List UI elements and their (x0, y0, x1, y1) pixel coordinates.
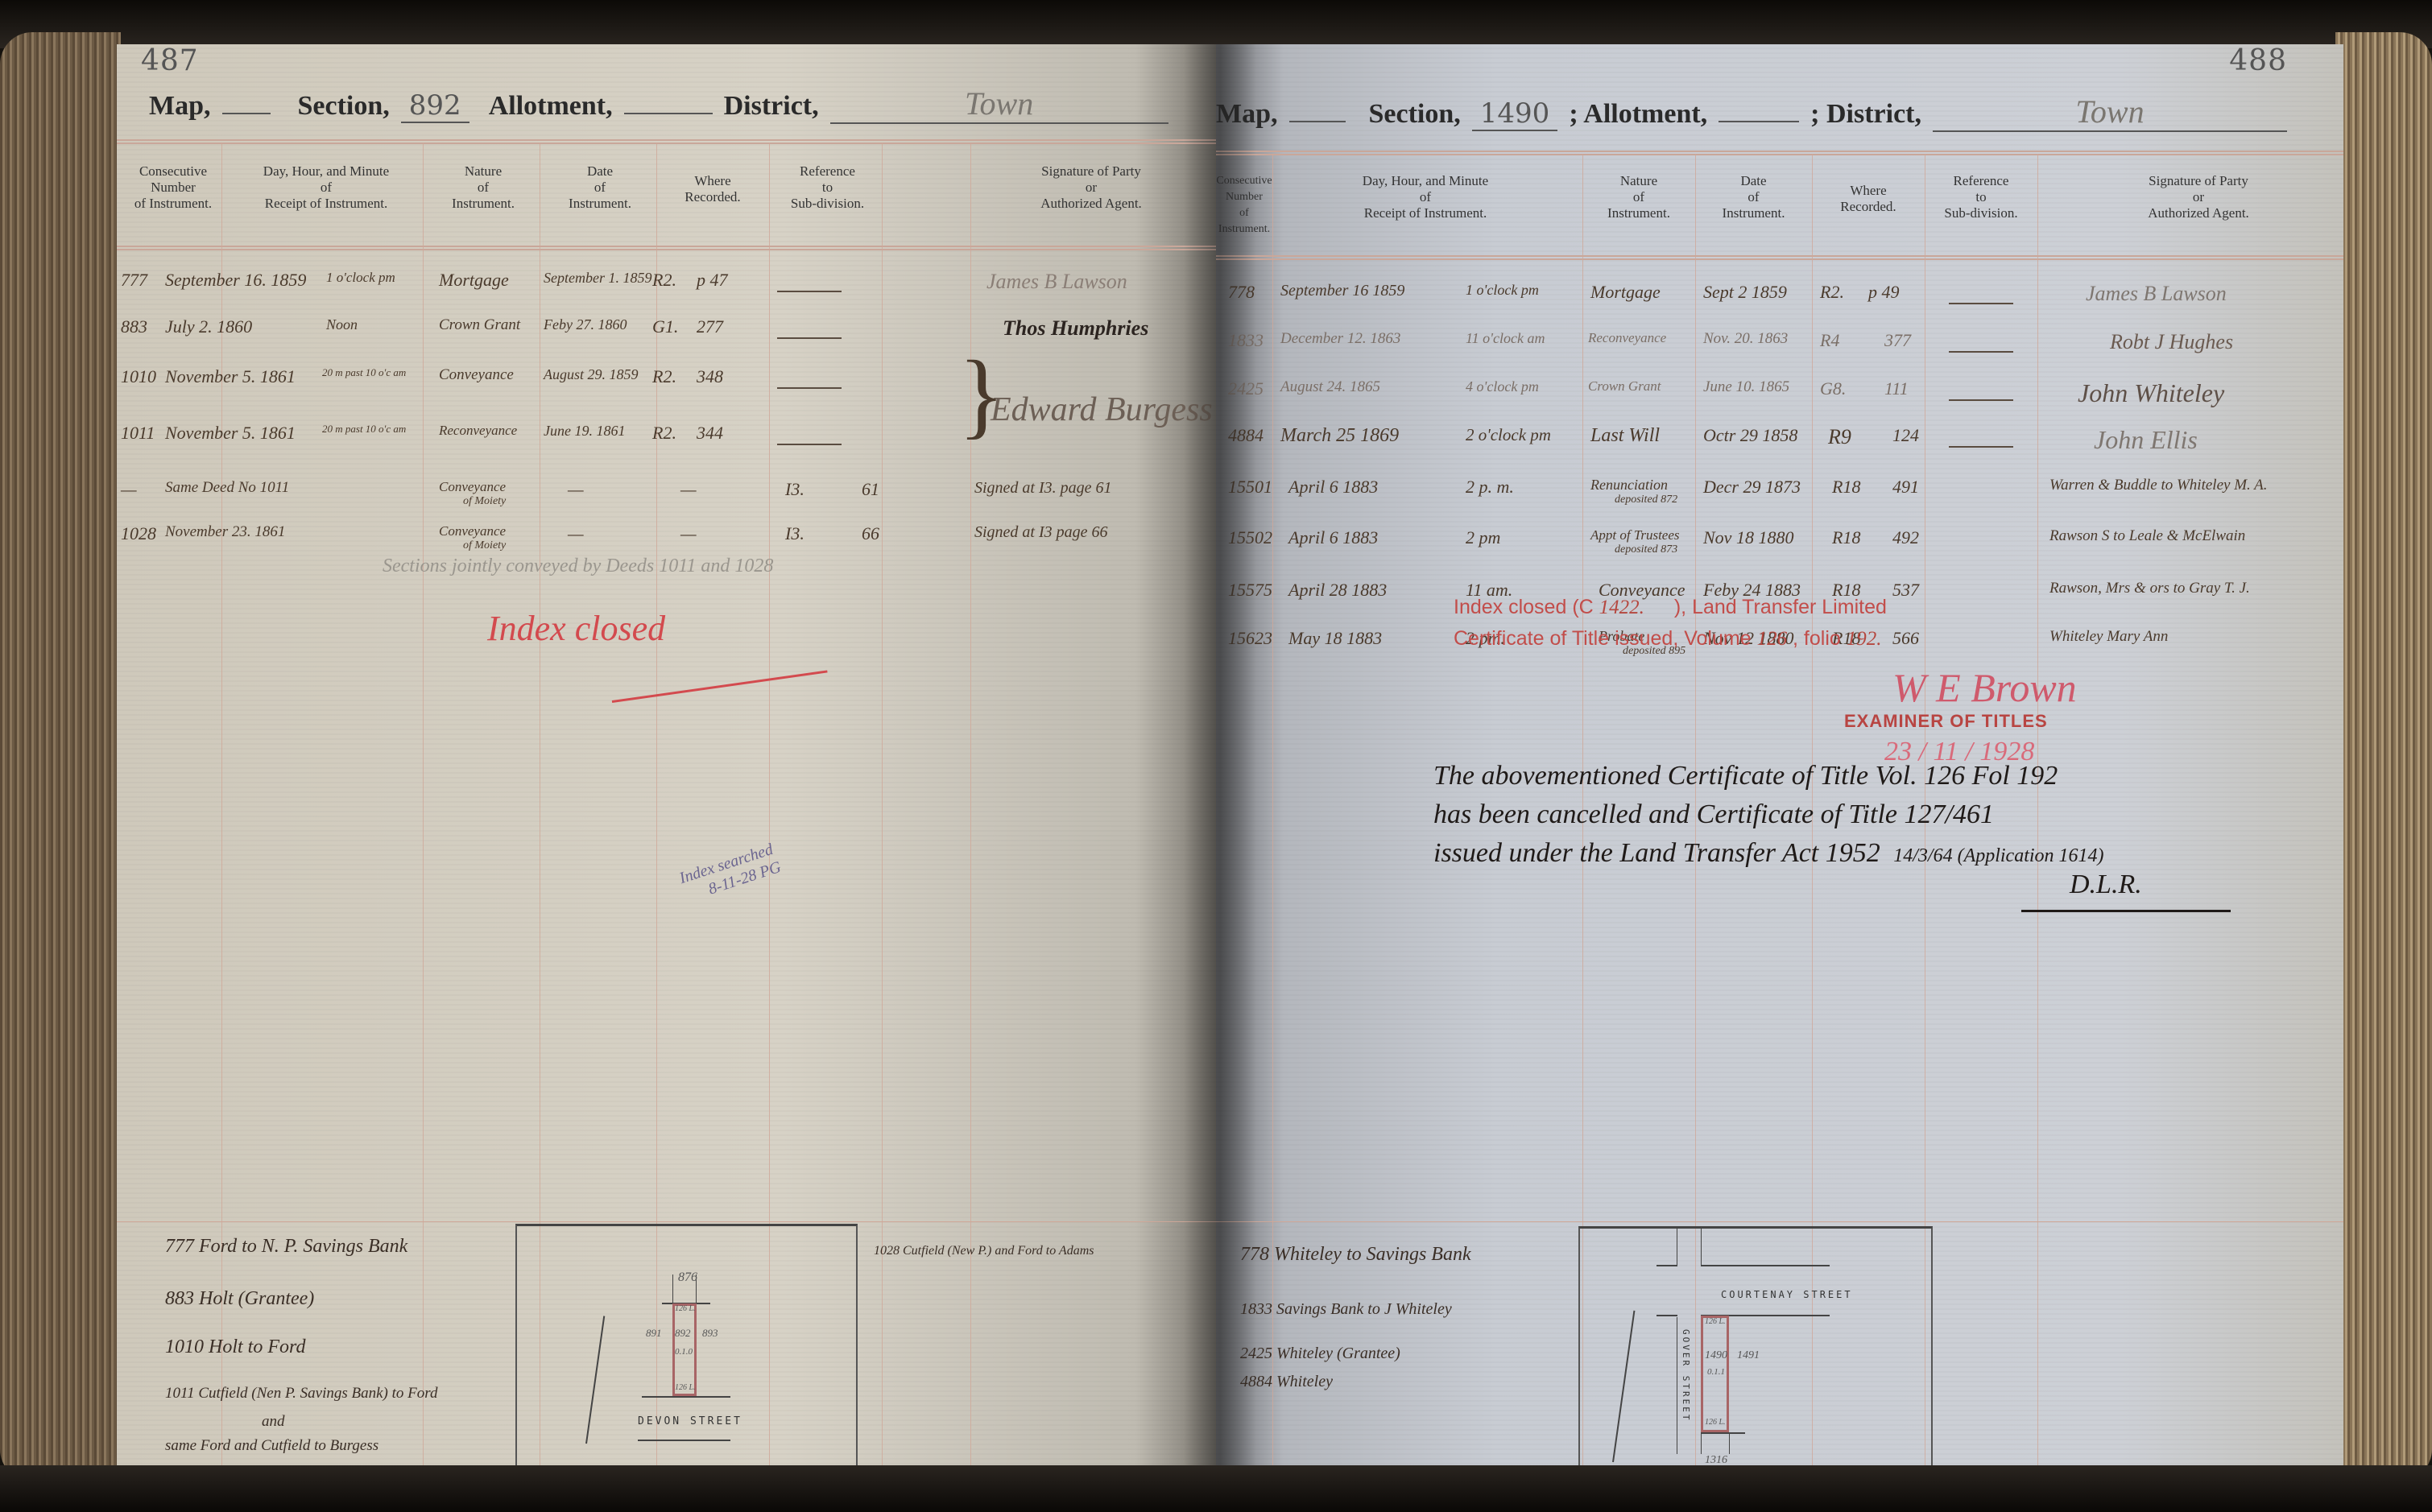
entry-row: — Same Deed No 1011 Conveyanceof Moiety … (117, 479, 1224, 527)
index-closed-red-note: Index closed (487, 608, 665, 649)
right-page: 488 Map, Section, 1490 ; Allotment, ; Di… (1216, 44, 2343, 1469)
allotment-label: Allotment, (489, 91, 613, 122)
col-consecutive-number: Consecutive Number of Instrument. (125, 163, 221, 212)
section-value: 1490 (1472, 97, 1558, 131)
map-value (222, 113, 271, 114)
open-ledger-book: 487 Map, Section, 892 Allotment, Distric… (0, 0, 2432, 1512)
page-number: 487 (141, 44, 199, 77)
left-page-edges (0, 32, 121, 1481)
section-label: Section, (1369, 99, 1461, 130)
col-receipt-time: Day, Hour, and Minute of Receipt of Inst… (1321, 173, 1530, 221)
registrar-signature: D.L.R. (2070, 870, 2142, 900)
map-label: Map, (149, 91, 211, 122)
col-where-recorded: Where Recorded. (660, 173, 765, 205)
memo-line: 778 Whiteley to Savings Bank (1240, 1244, 1471, 1266)
entry-row: 15502 April 6 1883 2 pm Appt of Trustees… (1216, 527, 2343, 576)
memo-line: 777 Ford to N. P. Savings Bank (165, 1236, 407, 1258)
col-nature: Nature of Instrument. (1586, 173, 1691, 221)
blank-dash (777, 337, 842, 339)
examiner-title: EXAMINER OF TITLES (1844, 711, 2048, 732)
memo-line: 2425 Whiteley (Grantee) (1240, 1345, 1400, 1363)
column-headers: Consecutive Number of Instrument. Day, H… (1216, 157, 2343, 254)
section-label: Section, (298, 91, 390, 122)
memo-line: and (262, 1413, 285, 1431)
entry-row: 4884 March 25 1869 2 o'clock pm Last Wil… (1216, 425, 2343, 473)
memo-line-right: 1028 Cutfield (New P.) and Ford to Adams (874, 1244, 1094, 1258)
allotment-value (1719, 121, 1799, 122)
book-cover-top (0, 0, 2432, 48)
entry-row: 883 July 2. 1860 Noon Crown Grant Feby 2… (117, 316, 1224, 365)
pencil-note: Sections jointly conveyed by Deeds 1011 … (383, 556, 773, 577)
blank-dash (777, 291, 842, 292)
entry-row: 778 September 16 1859 1 o'clock pm Mortg… (1216, 282, 2343, 330)
blank-dash (1949, 351, 2013, 353)
column-headers: Consecutive Number of Instrument. Day, H… (117, 147, 1224, 244)
entry-row: 777 September 16. 1859 1 o'clock pm Mort… (117, 270, 1224, 318)
district-value: Town (830, 85, 1168, 124)
col-date: Date of Instrument. (1699, 173, 1808, 221)
col-signature: Signature of Party or Authorized Agent. (986, 163, 1196, 212)
col-subdivision: Reference to Sub-division. (773, 163, 882, 212)
district-label: District, (724, 91, 819, 122)
map-value (1289, 121, 1346, 122)
cancellation-note: The abovementioned Certificate of Title … (1433, 757, 2104, 875)
blank-dash (1949, 303, 2013, 304)
signature-underline (2021, 910, 2231, 912)
examiner-signature: W E Brown (1892, 664, 2077, 711)
book-spine (1184, 44, 1256, 1469)
entry-row: 15501 April 6 1883 2 p. m. Renunciationd… (1216, 477, 2343, 525)
allotment-label: ; Allotment, (1569, 99, 1707, 130)
land-transfer-stamp: Index closed (C 1422. ), Land Transfer L… (1454, 592, 1887, 655)
section-value: 892 (401, 89, 469, 123)
col-where-recorded: Where Recorded. (1816, 183, 1921, 215)
memo-line: same Ford and Cutfield to Burgess (165, 1437, 378, 1455)
memo-line: 1011 Cutfield (Nen P. Savings Bank) to F… (165, 1385, 437, 1403)
memo-line: 1833 Savings Bank to J Whiteley (1240, 1300, 1452, 1319)
right-page-edges (2335, 32, 2432, 1481)
page-heading: Map, Section, 892 Allotment, District, T… (149, 85, 1168, 141)
allotment-value (624, 113, 713, 114)
entry-row: 2425 August 24. 1865 4 o'clock pm Crown … (1216, 378, 2343, 427)
col-subdivision: Reference to Sub-division. (1929, 173, 2033, 221)
north-arrow-icon (585, 1316, 605, 1444)
page-heading: Map, Section, 1490 ; Allotment, ; Distri… (1216, 93, 2287, 149)
blank-dash (777, 387, 842, 389)
allotment-plan: COURTENAY STREET 126 L. 1490 1491 0.1.1 … (1578, 1226, 1933, 1469)
book-cover-bottom (0, 1465, 2432, 1512)
memo-line: 883 Holt (Grantee) (165, 1288, 314, 1310)
blank-dash (777, 444, 842, 445)
col-signature: Signature of Party or Authorized Agent. (2086, 173, 2311, 221)
memoranda-rule (1216, 1221, 2343, 1222)
memo-line: 1010 Holt to Ford (165, 1336, 305, 1358)
blank-dash (1949, 446, 2013, 448)
blank-dash (1949, 399, 2013, 401)
entry-row: 1833 December 12. 1863 11 o'clock am Rec… (1216, 330, 2343, 378)
left-page: 487 Map, Section, 892 Allotment, Distric… (117, 44, 1224, 1469)
district-value: Town (1933, 93, 2287, 132)
district-label: ; District, (1810, 99, 1921, 130)
col-date: Date of Instrument. (548, 163, 652, 212)
memoranda-rule (117, 1221, 1224, 1222)
page-number: 488 (2229, 44, 2287, 77)
north-arrow-icon (1612, 1311, 1635, 1462)
allotment-plan: 876 126 L. 891 892 893 0.1.0 126 L. DEVO… (515, 1224, 858, 1469)
col-nature: Nature of Instrument. (431, 163, 536, 212)
col-receipt-time: Day, Hour, and Minute of Receipt of Inst… (230, 163, 423, 212)
